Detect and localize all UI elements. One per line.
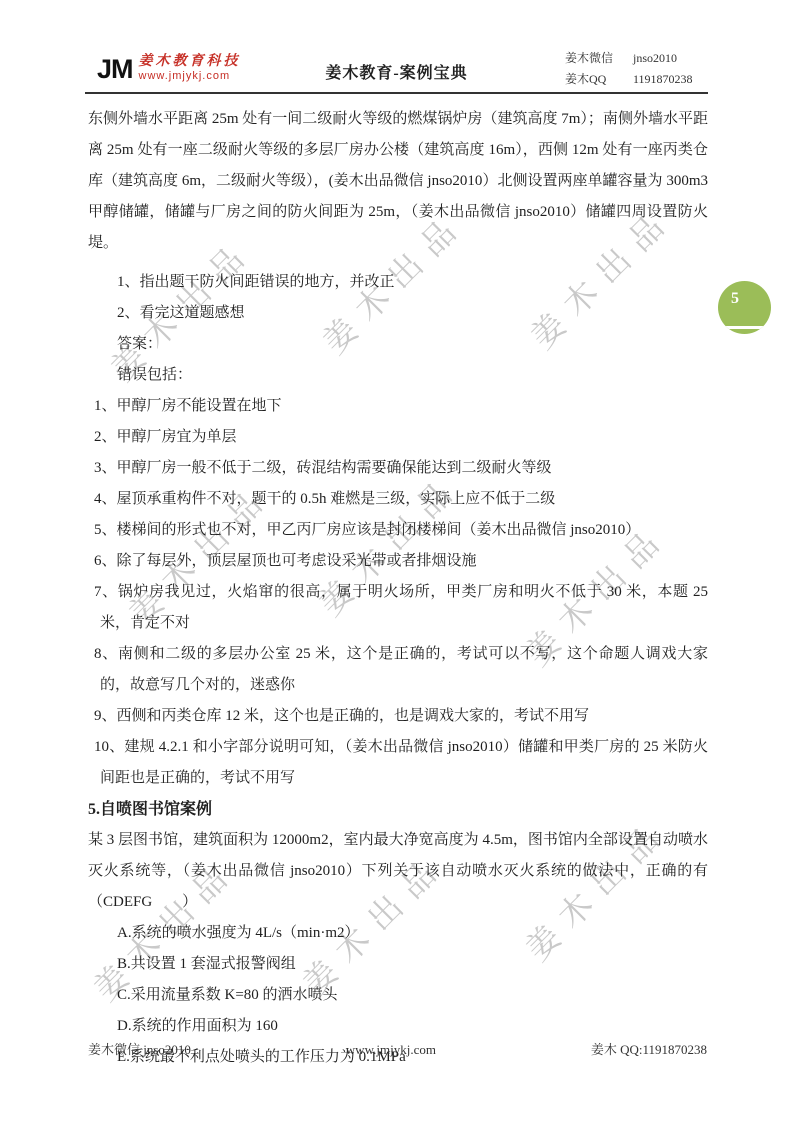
errors-label: 错误包括： [88,360,708,391]
document-page: 姜木出品 姜木出品 姜木出品 姜木出品 姜木出品 姜木出品 姜木出品 姜木出品 … [0,0,793,1122]
contact-qq: 姜木QQ 1191870238 [565,69,693,90]
problem-paragraph: 东侧外墙水平距离 25m 处有一间二级耐火等级的燃煤锅炉房（建筑高度 7m）；南… [88,104,708,259]
page-number-badge: 5 [718,281,771,334]
section-heading: 5.自喷图书馆案例 [88,794,708,825]
error-item-8: 8、南侧和二级的多层办公室 25 米，这个是正确的，考试可以不写，这个命题人调戏… [88,639,708,701]
option-b: B.共设置 1 套湿式报警阀组 [88,949,708,980]
footer-wechat: 姜木微信 jnso2010 [88,1041,191,1059]
contact-wechat: 姜木微信 jnso2010 [565,48,693,69]
badge-fold-line [718,326,771,329]
option-a: A.系统的喷水强度为 4L/s（min·m2） [88,918,708,949]
question-item-1: 1、指出题干防火间距错误的地方，并改正 [88,267,708,298]
option-c: C.采用流量系数 K=80 的洒水喷头 [88,980,708,1011]
error-item-1: 1、甲醇厂房不能设置在地下 [88,391,708,422]
header-divider [85,92,708,94]
section-intro-paragraph: 某 3 层图书馆，建筑面积为 12000m2，室内最大净宽高度为 4.5m，图书… [88,825,708,918]
error-item-2: 2、甲醇厂房宜为单层 [88,422,708,453]
error-item-10: 10、建规 4.2.1 和小字部分说明可知，（姜木出品微信 jnso2010）储… [88,732,708,794]
error-item-6: 6、除了每层外，顶层屋顶也可考虑设采光带或者排烟设施 [88,546,708,577]
question-item-2: 2、看完这道题感想 [88,298,708,329]
footer-website: www.jmjykj.com [346,1041,436,1059]
contact-value: jnso2010 [633,48,677,69]
error-item-4: 4、屋顶承重构件不对，题干的 0.5h 难燃是三级，实际上应不低于二级 [88,484,708,515]
error-item-5: 5、楼梯间的形式也不对，甲乙丙厂房应该是封闭楼梯间（姜木出品微信 jnso201… [88,515,708,546]
contact-label: 姜木QQ [565,69,623,90]
document-body: 东侧外墙水平距离 25m 处有一间二级耐火等级的燃煤锅炉房（建筑高度 7m）；南… [88,104,708,1073]
error-item-9: 9、西侧和丙类仓库 12 米，这个也是正确的，也是调戏大家的，考试不用写 [88,701,708,732]
contact-label: 姜木微信 [565,48,623,69]
error-item-3: 3、甲醇厂房一般不低于二级，砖混结构需要确保能达到二级耐火等级 [88,453,708,484]
footer-qq: 姜木 QQ:1191870238 [591,1041,707,1059]
header-contacts: 姜木微信 jnso2010 姜木QQ 1191870238 [565,48,693,90]
page-footer: 姜木微信 jnso2010 www.jmjykj.com 姜木 QQ:11918… [88,1041,707,1059]
answer-label: 答案： [88,329,708,360]
option-d: D.系统的作用面积为 160 [88,1011,708,1042]
contact-value: 1191870238 [633,69,693,90]
page-number: 5 [731,290,739,308]
error-item-7: 7、锅炉房我见过，火焰窜的很高，属于明火场所，甲类厂房和明火不低于 30 米，本… [88,577,708,639]
